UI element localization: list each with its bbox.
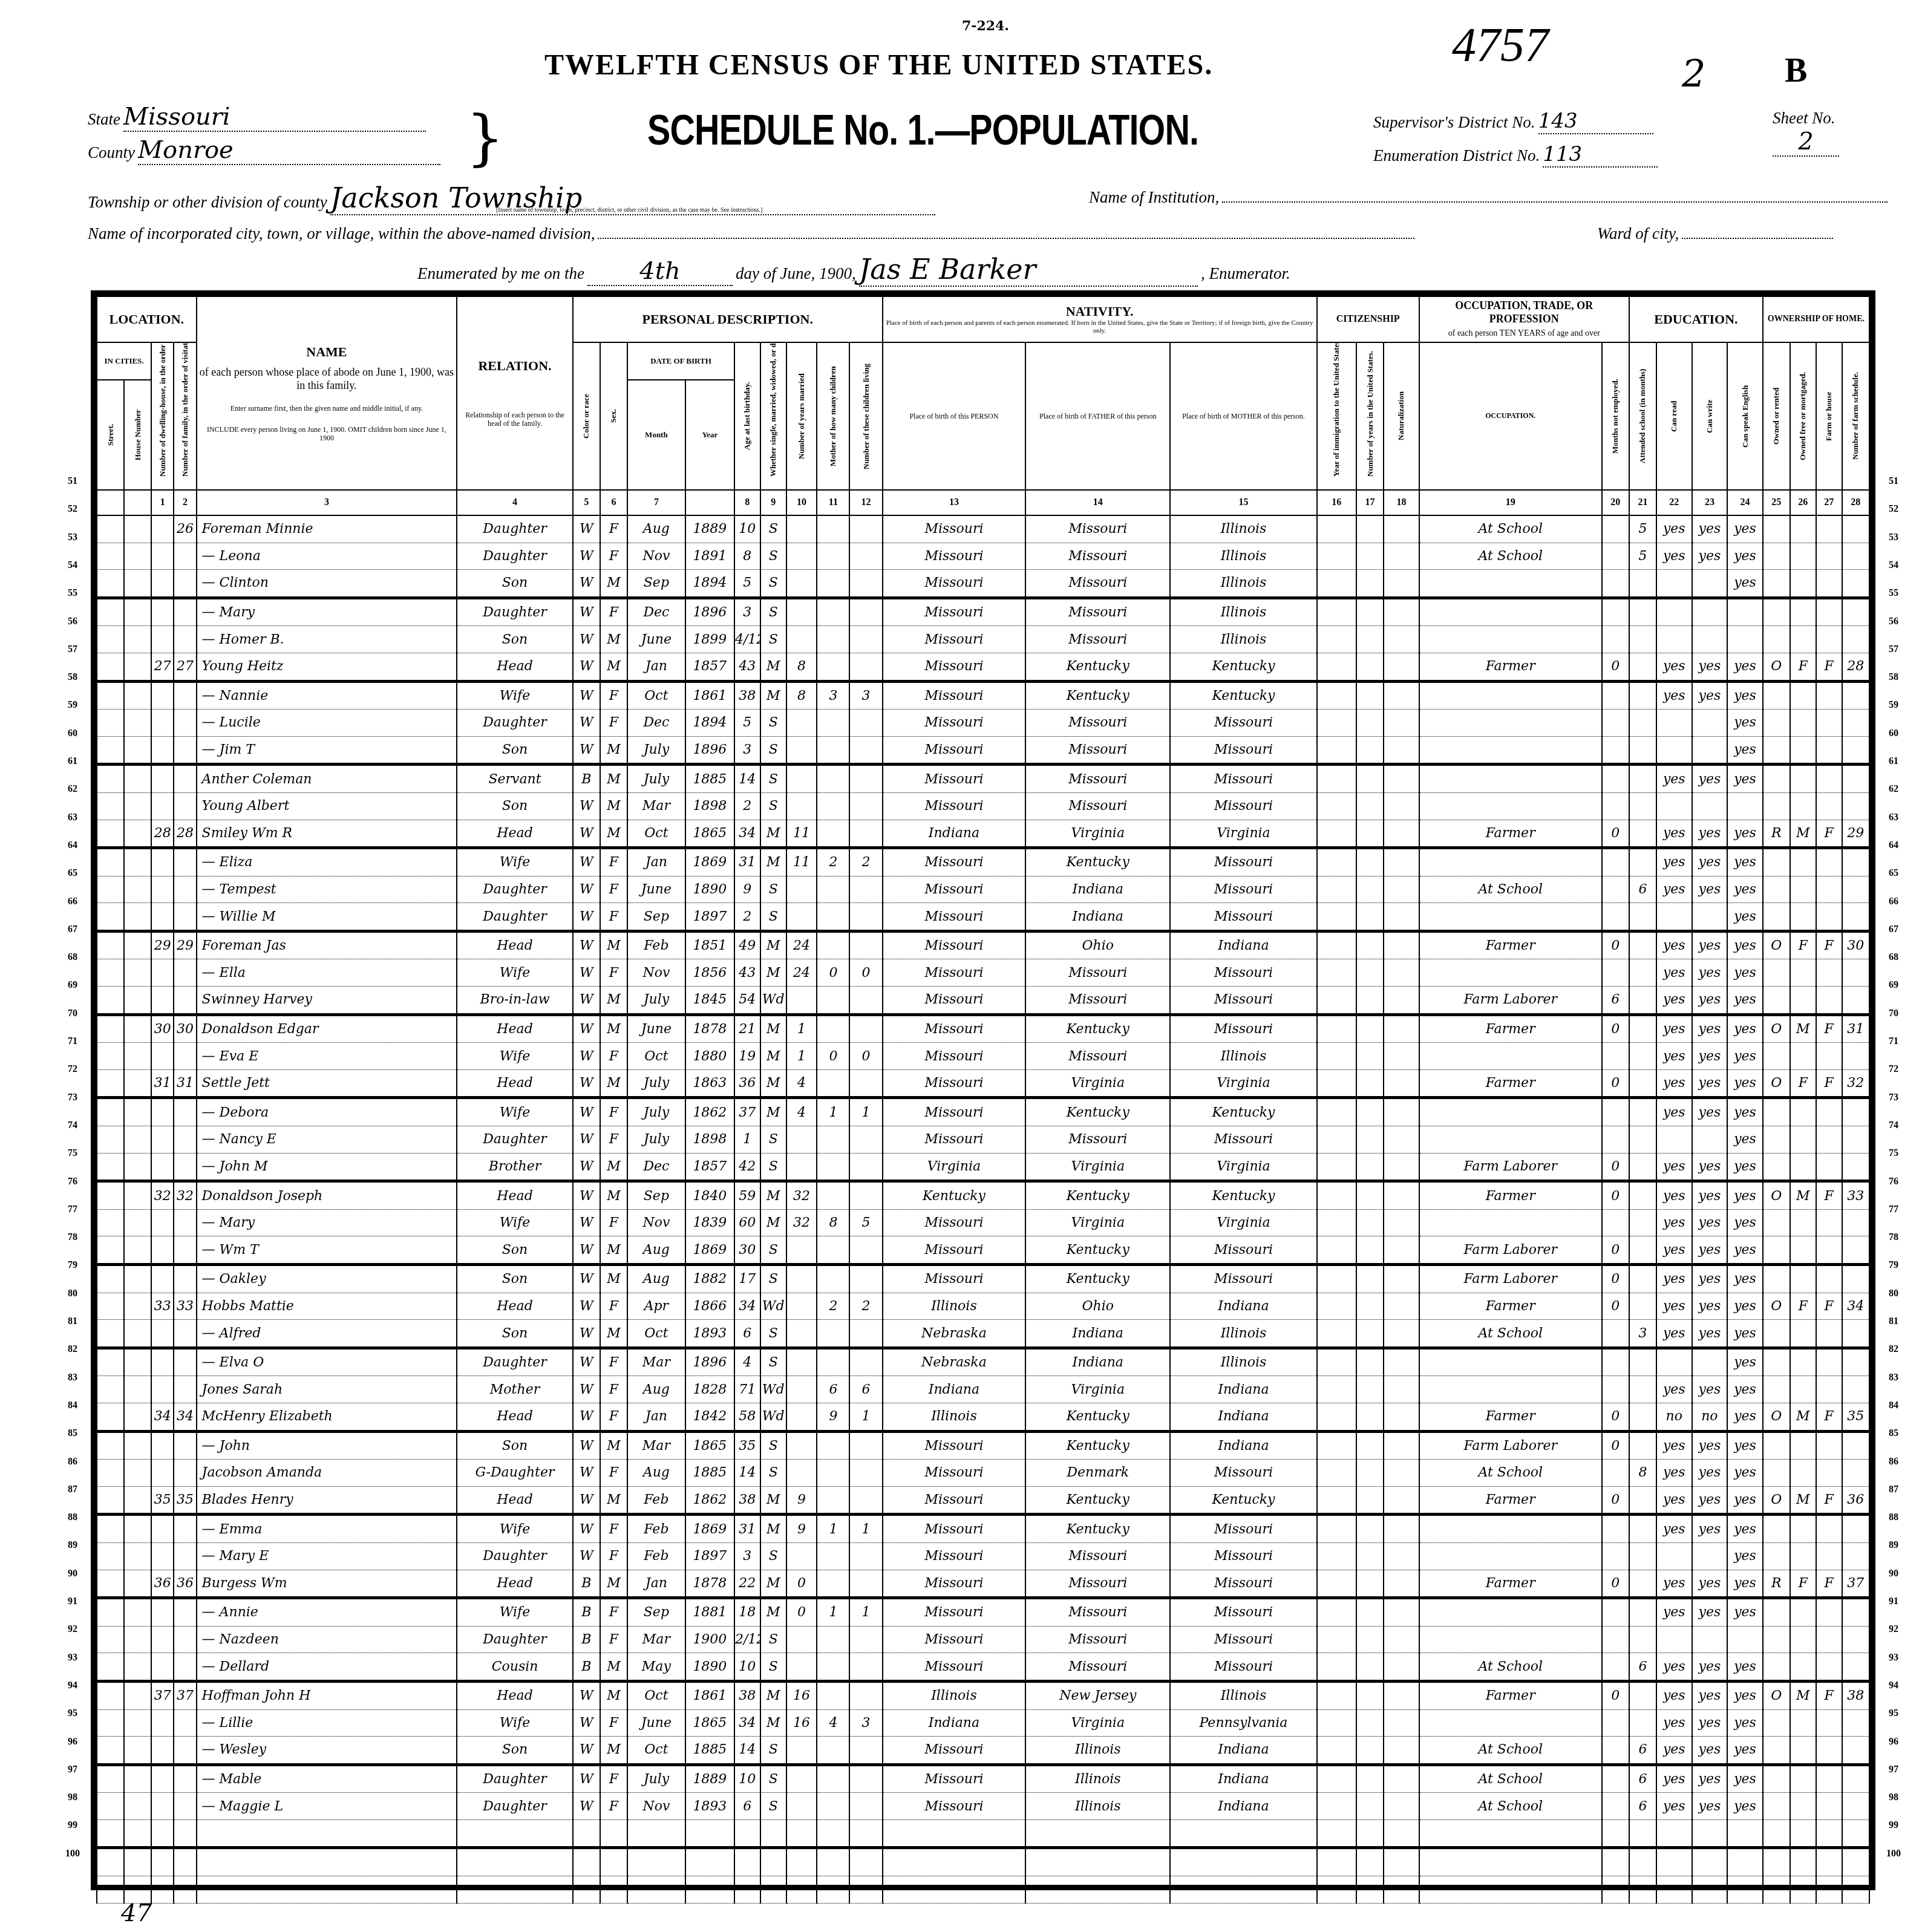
house-number-cell: [124, 848, 151, 876]
relation-cell: Daughter: [457, 543, 573, 570]
house-number-cell: [124, 736, 151, 765]
can-read-cell: yes: [1656, 681, 1692, 710]
state-value: Missouri: [123, 103, 426, 132]
color-cell: W: [573, 1376, 600, 1403]
table-row: — ClintonSonWMSep18945SMissouriMissouriI…: [97, 570, 1869, 598]
can-read-cell: yes: [1656, 848, 1692, 876]
street-cell: [97, 1681, 124, 1709]
line-number: 60: [1881, 728, 1906, 739]
farm-house-cell: [1816, 1376, 1842, 1403]
birthplace-cell: Missouri: [883, 1460, 1026, 1487]
census-rows: 26Foreman MinnieDaughterWFAug188910SMiss…: [97, 515, 1869, 1903]
occupation-cell: At School: [1419, 1460, 1602, 1487]
can-write-cell: [1692, 598, 1728, 626]
color-cell: [573, 1848, 600, 1876]
children-living-cell: [849, 1570, 882, 1598]
can-speak-english-cell: yes: [1727, 710, 1763, 737]
mother-birthplace-cell: Indiana: [1170, 1376, 1316, 1403]
children-living-cell: [849, 1460, 882, 1487]
house-number-cell: [124, 1320, 151, 1348]
age-cell: 34: [734, 1293, 760, 1320]
birth-year-cell: 1885: [685, 1460, 734, 1487]
table-row: — Nancy EDaughterWFJuly18981SMissouriMis…: [97, 1126, 1869, 1154]
mother-of-cell: 4: [817, 1709, 849, 1737]
attended-school-cell: 8: [1629, 1460, 1656, 1487]
line-number: 57: [1881, 644, 1906, 655]
farm-schedule-cell: [1842, 681, 1869, 710]
birthplace-cell: Missouri: [883, 1793, 1026, 1820]
farm-schedule-cell: [1842, 1626, 1869, 1653]
years-in-us-cell: [1356, 903, 1384, 932]
header-street: Street.: [97, 380, 124, 490]
farm-schedule-cell: [1842, 1737, 1869, 1765]
family-number-cell: [174, 765, 196, 793]
color-cell: B: [573, 1653, 600, 1682]
street-cell: [97, 1236, 124, 1265]
line-number: 71: [60, 1036, 85, 1047]
occupation-cell: [1419, 1043, 1602, 1070]
age-cell: 49: [734, 931, 760, 959]
marital-status-cell: M: [760, 959, 786, 987]
birthplace-cell: Missouri: [883, 1598, 1026, 1627]
father-birthplace-cell: [1025, 1819, 1170, 1848]
children-living-cell: [849, 515, 882, 543]
marital-status-cell: S: [760, 1793, 786, 1820]
can-write-cell: yes: [1692, 848, 1728, 876]
column-number: 2: [174, 490, 196, 515]
months-not-employed-cell: [1602, 1737, 1629, 1765]
line-number: 93: [1881, 1653, 1906, 1663]
house-number-cell: [124, 959, 151, 987]
can-speak-english-cell: [1727, 1819, 1763, 1848]
relation-cell: Son: [457, 626, 573, 653]
sex-cell: F: [600, 1348, 627, 1376]
age-cell: 9: [734, 876, 760, 903]
owned-free-cell: [1790, 1626, 1816, 1653]
years-married-cell: [786, 1320, 817, 1348]
can-read-cell: yes: [1656, 959, 1692, 987]
birthplace-cell: Missouri: [883, 1515, 1026, 1543]
naturalization-cell: [1384, 1626, 1419, 1653]
birth-year-cell: 1839: [685, 1209, 734, 1236]
can-write-cell: yes: [1692, 765, 1728, 793]
farm-schedule-cell: [1842, 792, 1869, 820]
farm-schedule-cell: [1842, 1043, 1869, 1070]
marital-status-cell: M: [760, 1515, 786, 1543]
can-speak-english-cell: yes: [1727, 1098, 1763, 1126]
years-married-cell: 32: [786, 1181, 817, 1210]
birth-month-cell: June: [627, 1014, 685, 1043]
can-read-cell: yes: [1656, 1098, 1692, 1126]
can-speak-english-cell: yes: [1727, 1209, 1763, 1236]
can-write-cell: yes: [1692, 1515, 1728, 1543]
years-in-us-cell: [1356, 987, 1384, 1015]
owned-free-cell: M: [1790, 1681, 1816, 1709]
birth-year-cell: 1880: [685, 1043, 734, 1070]
children-living-cell: [849, 626, 882, 653]
dwelling-number-cell: 27: [151, 653, 174, 681]
birthplace-cell: [883, 1819, 1026, 1848]
sex-cell: F: [600, 1709, 627, 1737]
birth-month-cell: Feb: [627, 1515, 685, 1543]
street-cell: [97, 1098, 124, 1126]
header-house: House Number: [124, 380, 151, 490]
can-read-cell: yes: [1656, 1293, 1692, 1320]
children-living-cell: [849, 1236, 882, 1265]
mother-of-cell: [817, 1542, 849, 1570]
owned-rented-cell: [1763, 1320, 1790, 1348]
marital-status-cell: M: [760, 653, 786, 681]
occupation-cell: Farmer: [1419, 1069, 1602, 1098]
occupation-cell: [1419, 681, 1602, 710]
age-cell: 2: [734, 903, 760, 932]
father-birthplace-cell: Virginia: [1025, 1376, 1170, 1403]
naturalization-cell: [1384, 1737, 1419, 1765]
street-cell: [97, 1876, 124, 1904]
naturalization-cell: [1384, 1153, 1419, 1181]
birth-month-cell: Aug: [627, 1265, 685, 1293]
dwelling-number-cell: [151, 959, 174, 987]
relation-cell: Wife: [457, 1209, 573, 1236]
marital-status-cell: S: [760, 1126, 786, 1154]
can-speak-english-cell: yes: [1727, 959, 1763, 987]
can-speak-english-cell: yes: [1727, 1069, 1763, 1098]
occupation-title: OCCUPATION, TRADE, OR PROFESSION: [1422, 299, 1626, 325]
street-cell: [97, 1709, 124, 1737]
table-row: 3434McHenry ElizabethHeadWFJan184258Wd91…: [97, 1403, 1869, 1431]
line-number: 84: [60, 1400, 85, 1411]
birth-month-cell: June: [627, 1709, 685, 1737]
table-row: Jacobson AmandaG-DaughterWFAug188514SMis…: [97, 1460, 1869, 1487]
name-cell: Jones Sarah: [197, 1376, 457, 1403]
family-number-cell: [174, 1626, 196, 1653]
owned-free-cell: [1790, 1348, 1816, 1376]
line-number: 56: [60, 616, 85, 627]
owned-rented-cell: [1763, 1431, 1790, 1460]
family-number-cell: 28: [174, 820, 196, 848]
years-married-cell: [786, 1542, 817, 1570]
sex-cell: F: [600, 1098, 627, 1126]
sex-cell: F: [600, 876, 627, 903]
name-cell: — Ella: [197, 959, 457, 987]
color-cell: B: [573, 765, 600, 793]
can-read-cell: [1656, 570, 1692, 598]
street-cell: [97, 653, 124, 681]
farm-schedule-cell: 38: [1842, 1681, 1869, 1709]
relation-cell: Son: [457, 1236, 573, 1265]
name-cell: — Emma: [197, 1515, 457, 1543]
attended-school-cell: [1629, 1403, 1656, 1431]
immigration-year-cell: [1317, 820, 1356, 848]
dwelling-number-cell: [151, 1431, 174, 1460]
can-read-cell: yes: [1656, 1653, 1692, 1682]
family-number-cell: [174, 598, 196, 626]
table-row: 3131Settle JettHeadWMJuly186336M4Missour…: [97, 1069, 1869, 1098]
census-table: LOCATION. NAME of each person whose plac…: [96, 296, 1870, 1904]
can-read-cell: yes: [1656, 543, 1692, 570]
age-cell: 34: [734, 1709, 760, 1737]
father-birthplace-cell: Missouri: [1025, 959, 1170, 987]
birthplace-cell: Missouri: [883, 1265, 1026, 1293]
mother-birthplace-cell: Missouri: [1170, 1653, 1316, 1682]
occupation-cell: [1419, 1819, 1602, 1848]
name-cell: [197, 1819, 457, 1848]
birth-month-cell: Jan: [627, 1570, 685, 1598]
mother-of-cell: 2: [817, 1293, 849, 1320]
color-cell: B: [573, 1598, 600, 1627]
house-number-cell: [124, 598, 151, 626]
farm-house-cell: [1816, 1153, 1842, 1181]
family-number-cell: [174, 1737, 196, 1765]
sex-cell: F: [600, 1515, 627, 1543]
years-in-us-cell: [1356, 570, 1384, 598]
immigration-year-cell: [1317, 515, 1356, 543]
father-birthplace-cell: Missouri: [1025, 570, 1170, 598]
attended-school-cell: [1629, 959, 1656, 987]
owned-rented-cell: [1763, 1848, 1790, 1876]
can-read-cell: [1656, 1542, 1692, 1570]
attended-school-cell: [1629, 1153, 1656, 1181]
naturalization-cell: [1384, 710, 1419, 737]
marital-status-cell: [760, 1819, 786, 1848]
sex-cell: F: [600, 543, 627, 570]
dwelling-number-cell: [151, 710, 174, 737]
owned-free-cell: [1790, 987, 1816, 1015]
immigration-year-cell: [1317, 1069, 1356, 1098]
children-living-cell: [849, 1542, 882, 1570]
sex-cell: F: [600, 681, 627, 710]
line-number: 88: [1881, 1512, 1906, 1523]
birth-year-cell: [685, 1848, 734, 1876]
dwelling-number-cell: [151, 792, 174, 820]
can-speak-english-cell: yes: [1727, 1153, 1763, 1181]
farm-house-cell: [1816, 1320, 1842, 1348]
mother-birthplace-cell: Missouri: [1170, 987, 1316, 1015]
table-row: — JohnSonWMMar186535SMissouriKentuckyInd…: [97, 1431, 1869, 1460]
age-cell: 10: [734, 515, 760, 543]
owned-rented-cell: [1763, 1265, 1790, 1293]
attended-school-cell: [1629, 1265, 1656, 1293]
line-number: 90: [60, 1568, 85, 1579]
line-number: 68: [1881, 952, 1906, 963]
farm-house-cell: [1816, 598, 1842, 626]
sex-cell: M: [600, 626, 627, 653]
years-married-cell: [786, 1265, 817, 1293]
attended-school-cell: [1629, 1293, 1656, 1320]
birth-month-cell: Dec: [627, 710, 685, 737]
dwelling-number-cell: [151, 1876, 174, 1904]
owned-rented-cell: O: [1763, 1486, 1790, 1515]
dwelling-number-cell: [151, 1265, 174, 1293]
sex-cell: M: [600, 1570, 627, 1598]
color-cell: W: [573, 681, 600, 710]
house-number-cell: [124, 1431, 151, 1460]
naturalization-cell: [1384, 1069, 1419, 1098]
immigration-year-cell: [1317, 1764, 1356, 1793]
years-married-cell: 16: [786, 1709, 817, 1737]
farm-house-cell: [1816, 1793, 1842, 1820]
occupation-cell: [1419, 792, 1602, 820]
family-number-cell: [174, 1043, 196, 1070]
line-number: 61: [60, 756, 85, 767]
children-living-cell: [849, 1320, 882, 1348]
birthplace-cell: Missouri: [883, 1098, 1026, 1126]
sex-cell: M: [600, 1153, 627, 1181]
sex-cell: F: [600, 848, 627, 876]
sex-cell: [600, 1819, 627, 1848]
line-number: 70: [60, 1008, 85, 1019]
naturalization-cell: [1384, 1403, 1419, 1431]
color-cell: W: [573, 598, 600, 626]
relation-cell: Head: [457, 1014, 573, 1043]
dwelling-number-cell: [151, 1320, 174, 1348]
line-number: 82: [60, 1344, 85, 1355]
attended-school-cell: [1629, 1181, 1656, 1210]
sex-cell: M: [600, 1681, 627, 1709]
years-married-cell: [786, 626, 817, 653]
birthplace-cell: Missouri: [883, 959, 1026, 987]
father-birthplace-cell: Indiana: [1025, 903, 1170, 932]
relation-cell: Head: [457, 653, 573, 681]
table-row: 2727Young HeitzHeadWMJan185743M8Missouri…: [97, 653, 1869, 681]
street-cell: [97, 1570, 124, 1598]
birthplace-cell: Missouri: [883, 1209, 1026, 1236]
marital-status-cell: S: [760, 1265, 786, 1293]
birth-year-cell: 1899: [685, 626, 734, 653]
mother-birthplace-cell: Kentucky: [1170, 1181, 1316, 1210]
line-number: 73: [1881, 1092, 1906, 1103]
birthplace-cell: Missouri: [883, 987, 1026, 1015]
column-number: 28: [1842, 490, 1869, 515]
family-number-cell: [174, 570, 196, 598]
children-living-cell: [849, 1126, 882, 1154]
father-birthplace-cell: Missouri: [1025, 792, 1170, 820]
street-cell: [97, 1598, 124, 1627]
can-read-cell: yes: [1656, 1515, 1692, 1543]
attended-school-cell: [1629, 765, 1656, 793]
house-number-cell: [124, 1098, 151, 1126]
column-number: 10: [786, 490, 817, 515]
street-cell: [97, 1626, 124, 1653]
owned-rented-cell: [1763, 1709, 1790, 1737]
years-in-us-cell: [1356, 876, 1384, 903]
father-birthplace-cell: Kentucky: [1025, 1431, 1170, 1460]
birth-year-cell: 1866: [685, 1293, 734, 1320]
birthplace-cell: Illinois: [883, 1403, 1026, 1431]
birth-year-cell: 1869: [685, 1515, 734, 1543]
age-cell: 14: [734, 765, 760, 793]
birth-month-cell: Oct: [627, 681, 685, 710]
attended-school-cell: 3: [1629, 1320, 1656, 1348]
owned-rented-cell: O: [1763, 1293, 1790, 1320]
column-number: 16: [1317, 490, 1356, 515]
birth-month-cell: Mar: [627, 1626, 685, 1653]
naturalization-cell: [1384, 1236, 1419, 1265]
months-not-employed-cell: 0: [1602, 1236, 1629, 1265]
can-speak-english-cell: yes: [1727, 515, 1763, 543]
can-speak-english-cell: yes: [1727, 931, 1763, 959]
family-number-cell: [174, 1819, 196, 1848]
name-instr2: INCLUDE every person living on June 1, 1…: [200, 425, 454, 443]
line-number: 98: [1881, 1792, 1906, 1803]
birth-year-cell: 1865: [685, 1709, 734, 1737]
naturalization-cell: [1384, 1486, 1419, 1515]
mother-birthplace-cell: Kentucky: [1170, 681, 1316, 710]
months-not-employed-cell: 0: [1602, 1403, 1629, 1431]
street-cell: [97, 515, 124, 543]
mother-of-cell: [817, 1819, 849, 1848]
marital-status-cell: M: [760, 1486, 786, 1515]
age-cell: 37: [734, 1098, 760, 1126]
dwelling-number-cell: [151, 1348, 174, 1376]
children-living-cell: [849, 653, 882, 681]
family-number-cell: [174, 1153, 196, 1181]
name-cell: — John: [197, 1431, 457, 1460]
birth-year-cell: 1845: [685, 987, 734, 1015]
father-birthplace-cell: Missouri: [1025, 987, 1170, 1015]
attended-school-cell: [1629, 1236, 1656, 1265]
children-living-cell: 1: [849, 1515, 882, 1543]
dwelling-number-cell: 29: [151, 931, 174, 959]
color-cell: W: [573, 710, 600, 737]
years-in-us-cell: [1356, 1709, 1384, 1737]
dwelling-number-cell: [151, 515, 174, 543]
occupation-cell: [1419, 710, 1602, 737]
dwelling-number-cell: [151, 1209, 174, 1236]
birth-year-cell: 1897: [685, 1542, 734, 1570]
years-married-cell: 8: [786, 653, 817, 681]
line-number: 74: [60, 1120, 85, 1131]
children-living-cell: [849, 792, 882, 820]
attended-school-cell: [1629, 1209, 1656, 1236]
naturalization-cell: [1384, 1598, 1419, 1627]
can-write-cell: [1692, 736, 1728, 765]
mother-birthplace-cell: Missouri: [1170, 1515, 1316, 1543]
family-number-cell: [174, 959, 196, 987]
occupation-cell: Farm Laborer: [1419, 987, 1602, 1015]
can-read-cell: yes: [1656, 1014, 1692, 1043]
can-read-cell: yes: [1656, 1265, 1692, 1293]
color-cell: W: [573, 1236, 600, 1265]
marital-status-cell: S: [760, 1542, 786, 1570]
owned-free-cell: [1790, 1431, 1816, 1460]
years-married-cell: [786, 1126, 817, 1154]
can-read-cell: [1656, 626, 1692, 653]
dwelling-number-cell: [151, 626, 174, 653]
name-cell: — Willie M: [197, 903, 457, 932]
name-cell: — Leona: [197, 543, 457, 570]
sex-cell: F: [600, 1764, 627, 1793]
farm-house-cell: F: [1816, 653, 1842, 681]
relation-cell: Brother: [457, 1153, 573, 1181]
mother-of-cell: 1: [817, 1515, 849, 1543]
farm-schedule-cell: 32: [1842, 1069, 1869, 1098]
line-number: 99: [1881, 1820, 1906, 1831]
occupation-cell: At School: [1419, 543, 1602, 570]
column-number: 6: [600, 490, 627, 515]
owned-rented-cell: [1763, 681, 1790, 710]
sex-cell: F: [600, 1460, 627, 1487]
birth-year-cell: 1900: [685, 1626, 734, 1653]
years-in-us-cell: [1356, 1043, 1384, 1070]
table-row: — DellardCousinBMMay189010SMissouriMisso…: [97, 1653, 1869, 1682]
father-birthplace-cell: Indiana: [1025, 1348, 1170, 1376]
farm-house-cell: [1816, 1876, 1842, 1904]
table-row: — LillieWifeWFJune186534M1643IndianaVirg…: [97, 1709, 1869, 1737]
sex-cell: M: [600, 1431, 627, 1460]
birth-month-cell: Nov: [627, 1209, 685, 1236]
can-read-cell: yes: [1656, 1709, 1692, 1737]
